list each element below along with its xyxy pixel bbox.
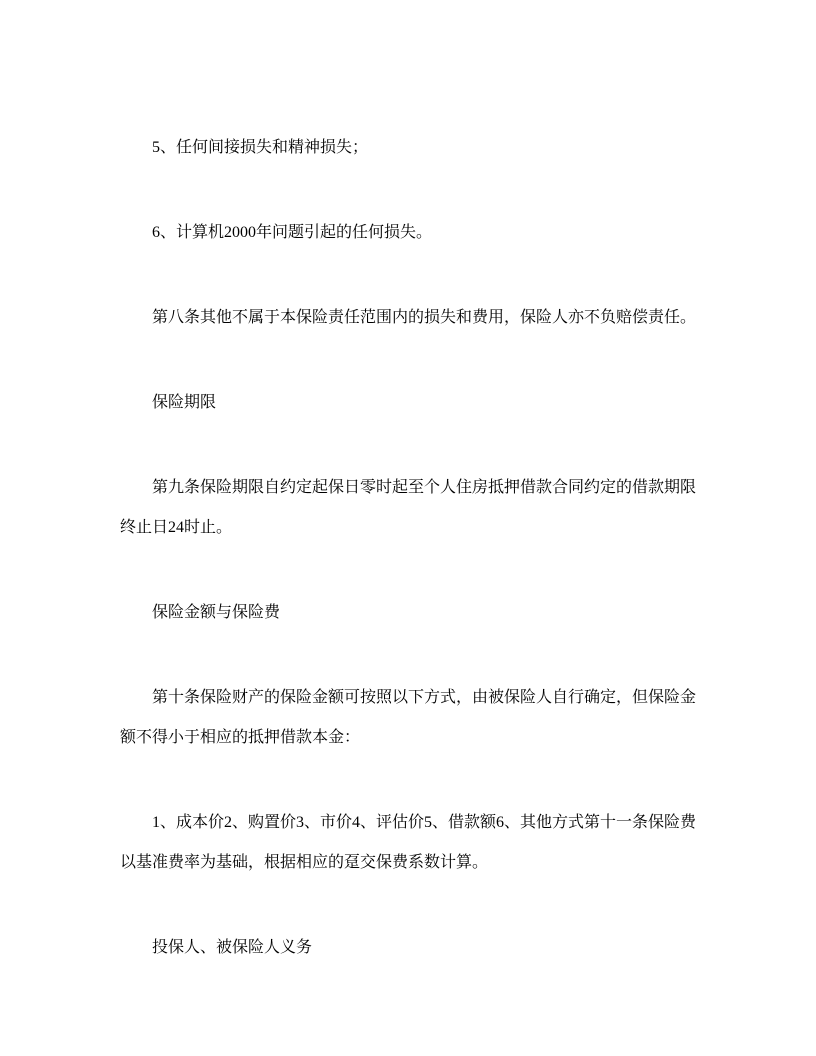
section-heading-policyholder-obligations: 投保人、被保险人义务 <box>120 928 696 968</box>
section-heading-insurance-period: 保险期限 <box>120 383 696 423</box>
section-heading-amount-and-premium: 保险金额与保险费 <box>120 593 696 633</box>
clause-exclusion-5: 5、任何间接损失和精神损失； <box>120 128 696 168</box>
clause-article-9: 第九条保险期限自约定起保日零时起至个人住房抵押借款合同约定的借款期限终止日24时… <box>120 468 696 548</box>
document-page: 5、任何间接损失和精神损失； 6、计算机2000年问题引起的任何损失。 第八条其… <box>0 0 816 1056</box>
document-body: 5、任何间接损失和精神损失； 6、计算机2000年问题引起的任何损失。 第八条其… <box>120 128 696 968</box>
clause-article-10: 第十条保险财产的保险金额可按照以下方式，由被保险人自行确定，但保险金额不得小于相… <box>120 678 696 758</box>
clause-article-8: 第八条其他不属于本保险责任范围内的损失和费用，保险人亦不负赔偿责任。 <box>120 298 696 338</box>
clause-article-11: 1、成本价2、购置价3、市价4、评估价5、借款额6、其他方式第十一条保险费以基准… <box>120 803 696 883</box>
clause-exclusion-6: 6、计算机2000年问题引起的任何损失。 <box>120 213 696 253</box>
